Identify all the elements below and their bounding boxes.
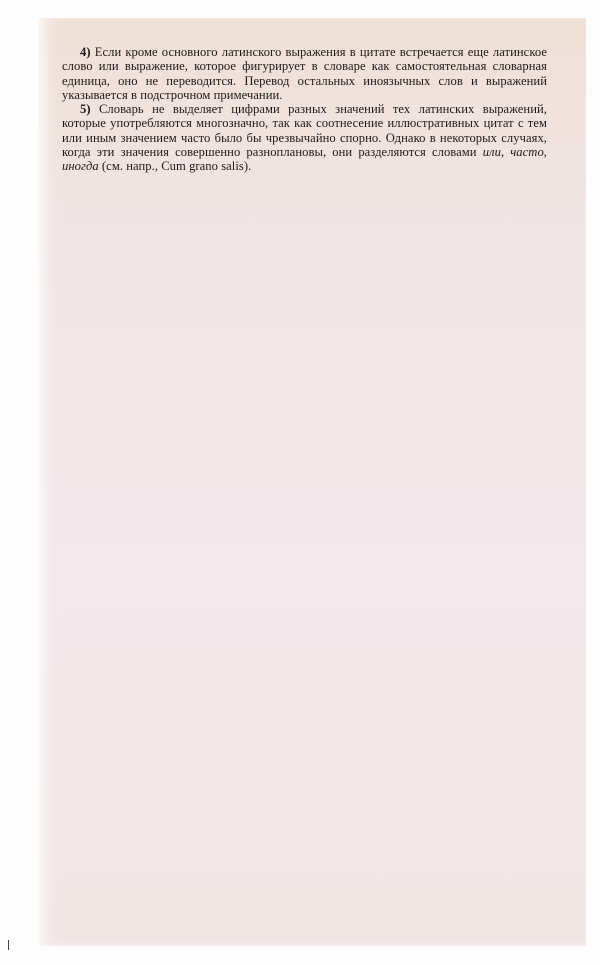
paragraph-text-end: (см. напр., Cum grano salis). — [99, 159, 252, 173]
italic-word: иногда — [62, 159, 99, 173]
italic-word: часто — [510, 145, 544, 159]
italic-word: или — [483, 145, 501, 159]
paragraph-number: 5) — [80, 102, 91, 116]
separator: , — [501, 145, 510, 159]
book-page: 4) Если кроме основного латинского выраж… — [38, 18, 586, 946]
scan-edge-mark — [8, 940, 9, 950]
paragraph-text: Словарь не выделяет цифрами разных значе… — [62, 102, 547, 159]
separator: , — [544, 145, 547, 159]
paragraph-text: Если кроме основного латинского выражени… — [62, 45, 547, 102]
paragraph-5: 5) Словарь не выделяет цифрами разных зн… — [62, 102, 547, 173]
paragraph-4: 4) Если кроме основного латинского выраж… — [62, 45, 547, 102]
page-text-block: 4) Если кроме основного латинского выраж… — [62, 45, 547, 174]
paragraph-number: 4) — [80, 45, 91, 59]
